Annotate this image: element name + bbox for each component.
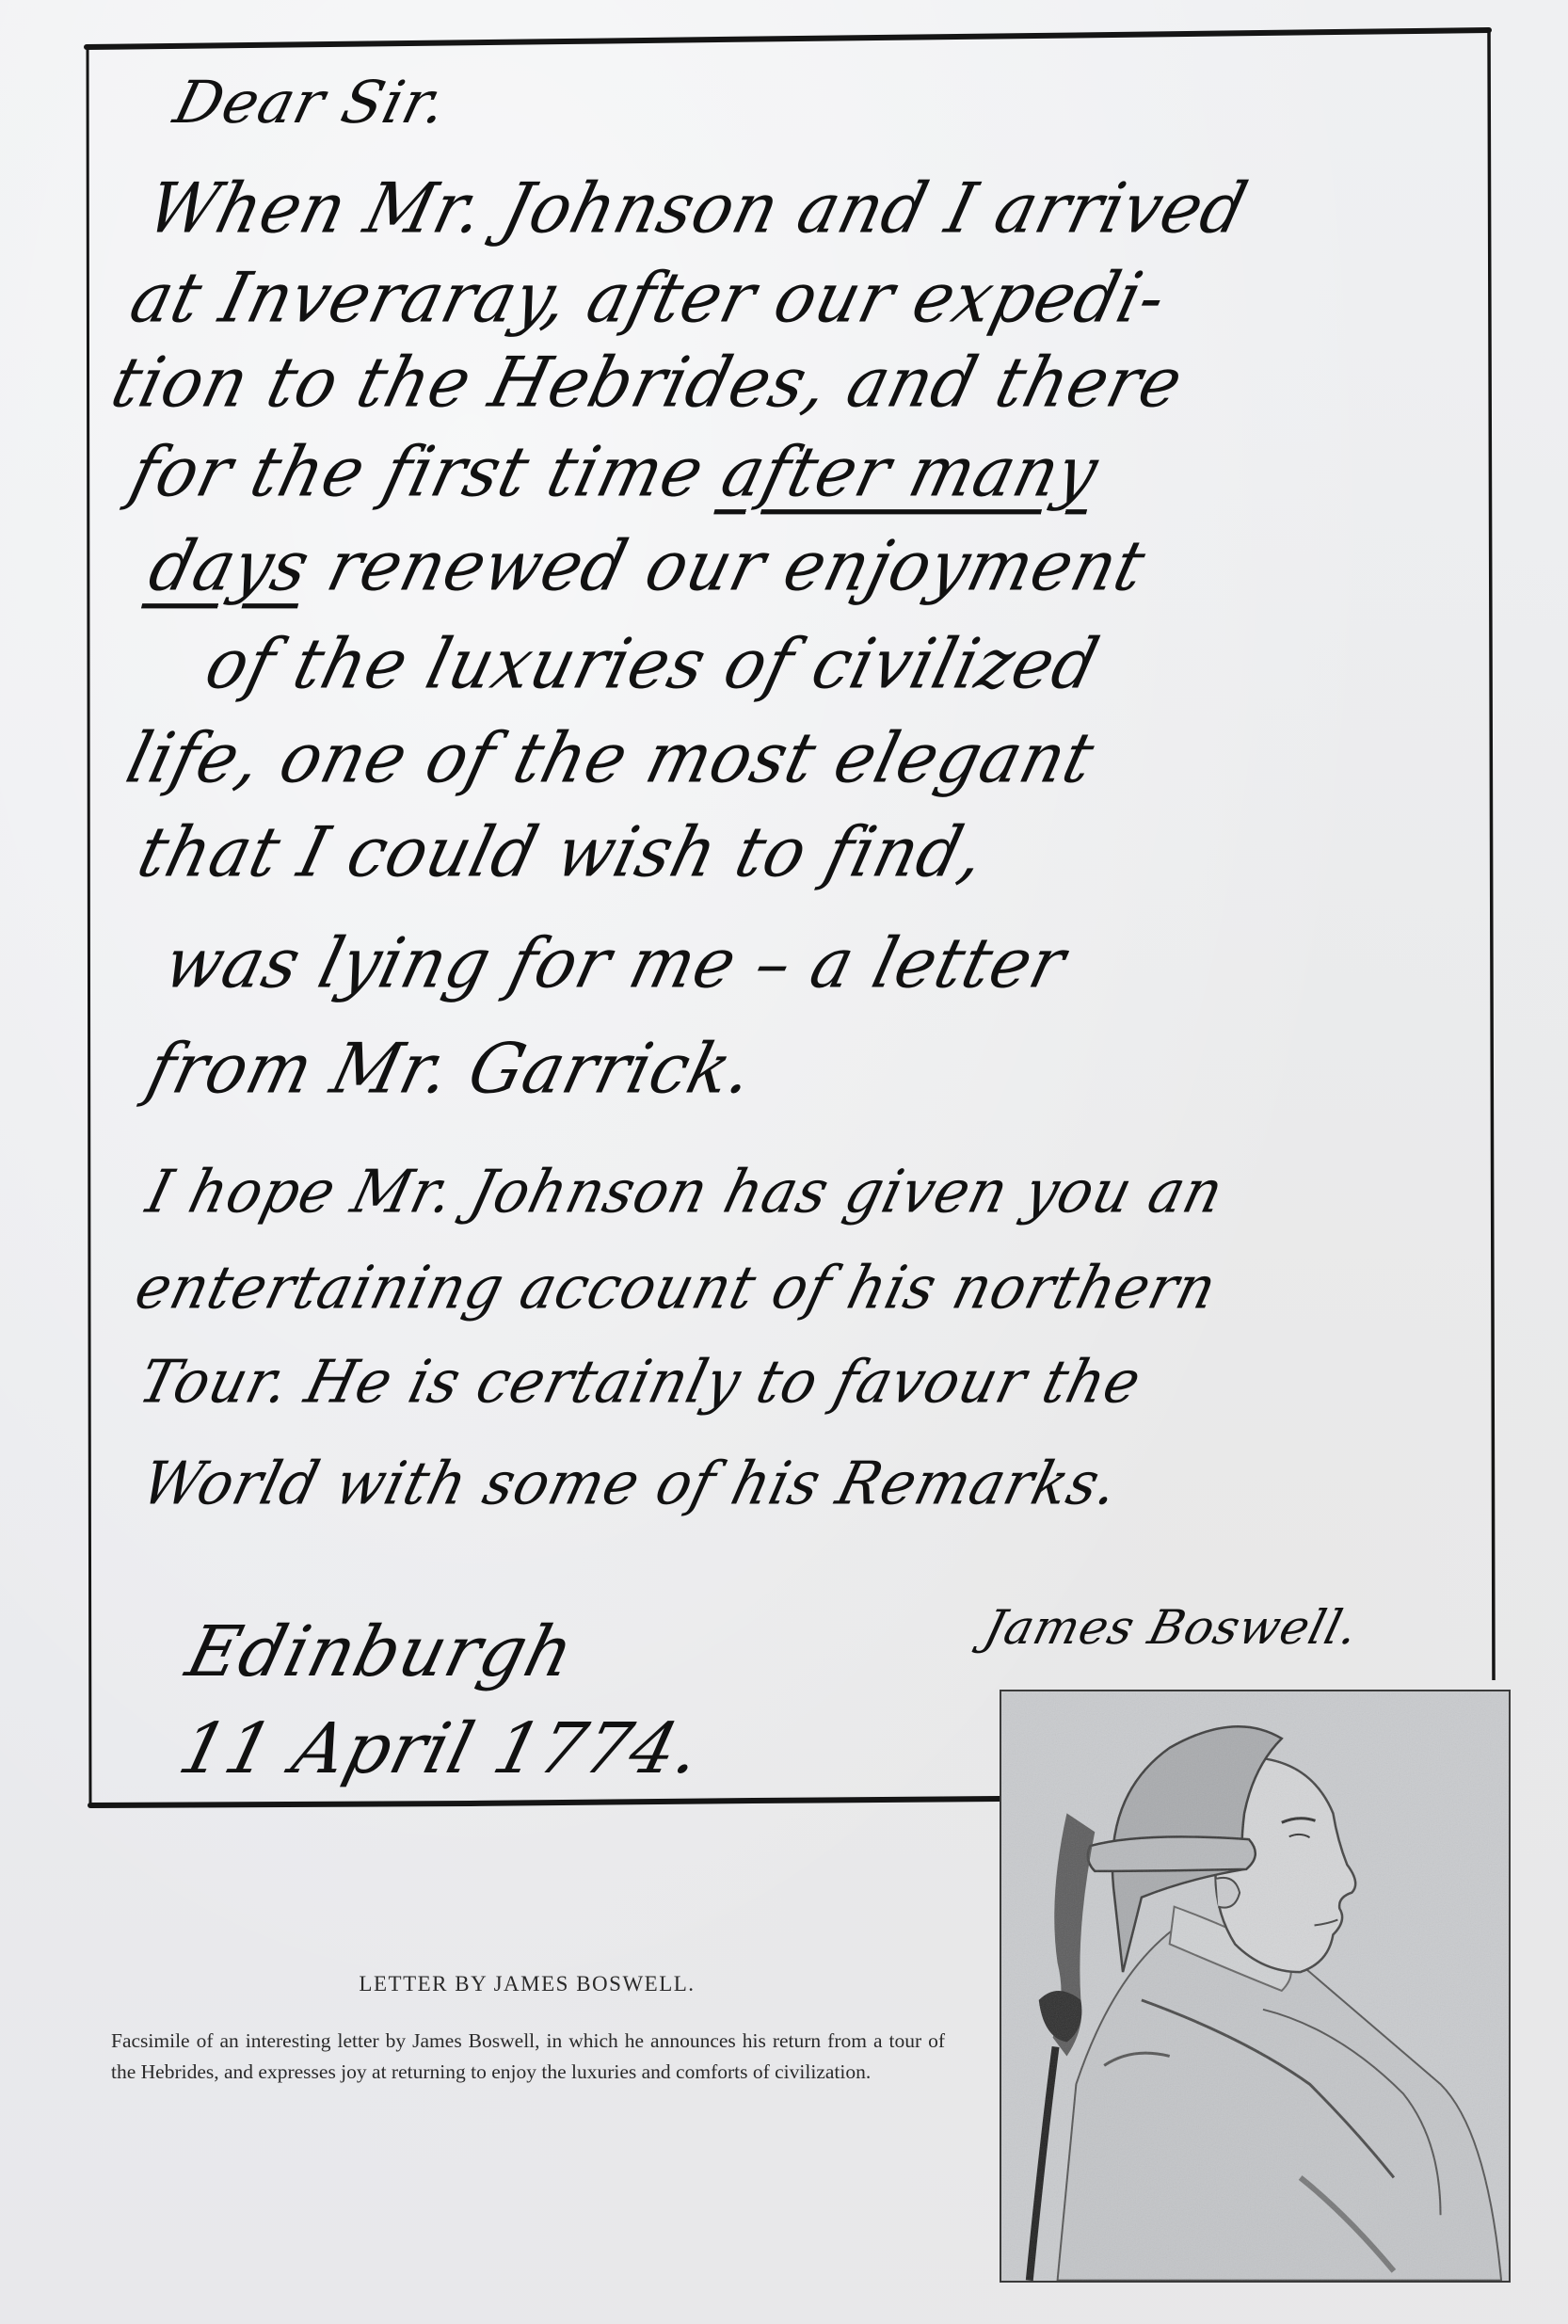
letter-line-4-text: for the first time bbox=[122, 431, 734, 512]
letter-line-5-text: renewed our enjoyment bbox=[297, 525, 1153, 606]
letter-line-9: was lying for me – a letter bbox=[158, 929, 1073, 999]
letter-line-5: days renewed our enjoyment bbox=[143, 532, 1152, 601]
date-written: 11 April 1774. bbox=[171, 1708, 710, 1789]
letter-line-6: of the luxuries of civilized bbox=[200, 630, 1106, 699]
place-written: Edinburgh bbox=[179, 1611, 583, 1692]
letter-line-12: entertaining account of his northern bbox=[130, 1258, 1223, 1318]
letter-line-13: Tour. He is certainly to favour the bbox=[134, 1353, 1147, 1412]
signature: James Boswell. bbox=[979, 1600, 1365, 1655]
salutation: Dear Sir. bbox=[168, 68, 455, 136]
letter-line-7: life, one of the most elegant bbox=[120, 724, 1101, 793]
portrait-image bbox=[1000, 1690, 1511, 2283]
letter-line-10: from Mr. Garrick. bbox=[141, 1034, 760, 1104]
caption-title: LETTER BY JAMES BOSWELL. bbox=[113, 1972, 941, 1996]
underlined-days: days bbox=[141, 525, 317, 606]
underlined-phrase: after many bbox=[714, 431, 1107, 512]
letter-line-1: When Mr. Johnson and I arrived bbox=[141, 174, 1254, 244]
letter-line-8: that I could wish to find, bbox=[132, 818, 992, 888]
letter-line-4: for the first time after many bbox=[124, 438, 1105, 507]
portrait-sketch-icon bbox=[1001, 1691, 1509, 2281]
letter-line-3: tion to the Hebrides, and there bbox=[105, 348, 1190, 418]
letter-line-2: at Inveraray, after our expedi- bbox=[124, 264, 1173, 333]
letter-line-14: World with some of his Remarks. bbox=[136, 1454, 1125, 1514]
caption-body: Facsimile of an interesting letter by Ja… bbox=[111, 2026, 945, 2088]
letter-line-11: I hope Mr. Johnson has given you an bbox=[141, 1162, 1229, 1222]
